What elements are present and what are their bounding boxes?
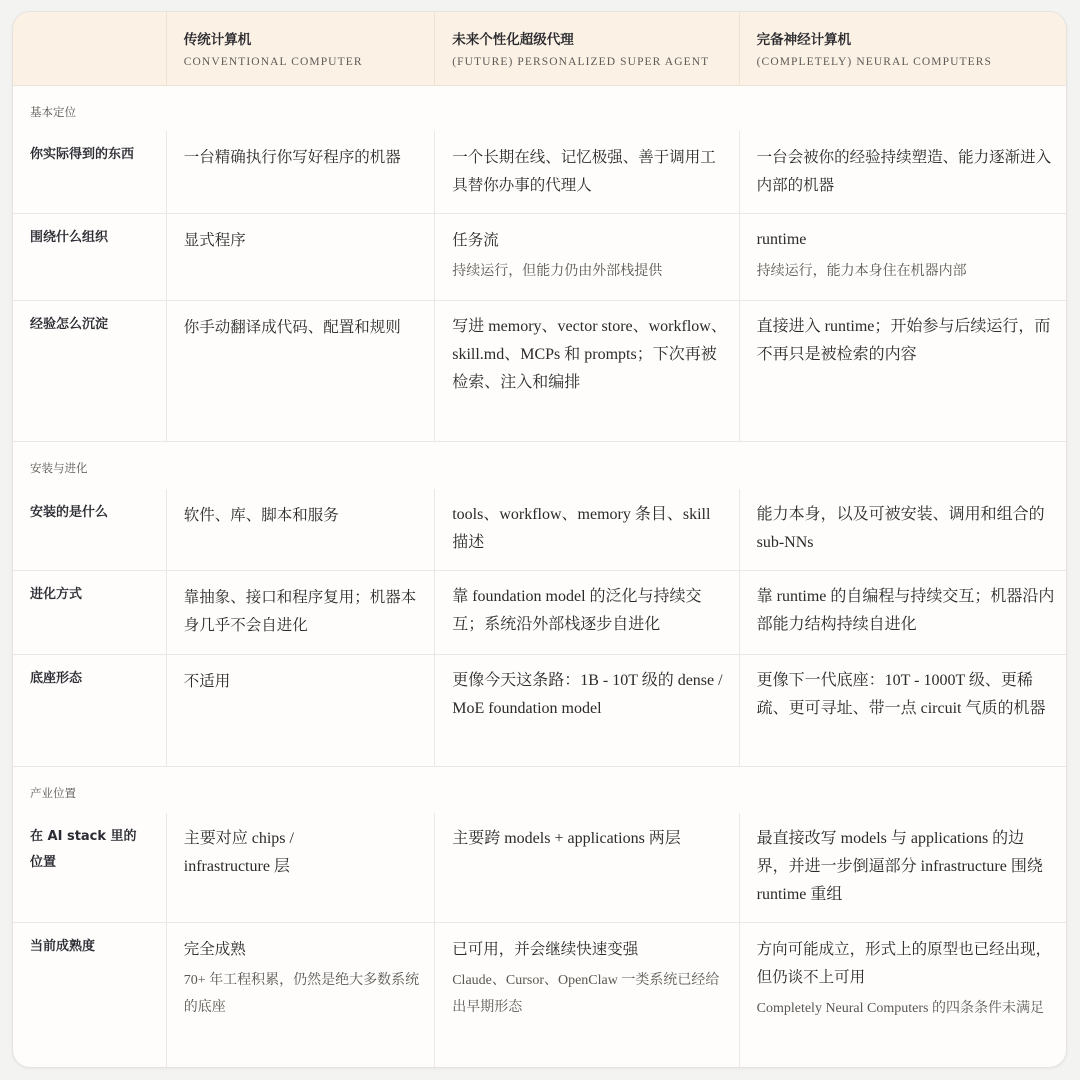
row-label: 在 AI stack 里的位置: [13, 813, 166, 922]
cell-agent: 已可用，并会继续快速变强 Claude、Cursor、OpenClaw 一类系统…: [434, 923, 738, 1068]
cell-agent: 更像今天这条路：1B - 10T 级的 dense / MoE foundati…: [434, 655, 738, 766]
cell-main-text: 一个长期在线、记忆极强、善于调用工具替你办事的代理人: [452, 131, 728, 199]
row-label: 底座形态: [13, 655, 166, 766]
header-title-en: CONVENTIONAL COMPUTER: [184, 56, 363, 68]
cell-main-text: 一台会被你的经验持续塑造、能力逐渐进入内部的机器: [757, 131, 1056, 199]
cell-main-text: 更像今天这条路：1B - 10T 级的 dense / MoE foundati…: [452, 655, 728, 723]
table-row: 当前成熟度 完全成熟 70+ 年工程积累，仍然是绝大多数系统的底座 已可用，并会…: [13, 923, 1066, 1068]
header-title-en: (FUTURE) PERSONALIZED SUPER AGENT: [452, 56, 709, 68]
cell-note-text: 持续运行，但能力仍由外部栈提供: [452, 258, 728, 285]
header-neural-computers: 完备神经计算机 (COMPLETELY) NEURAL COMPUTERS: [739, 12, 1066, 85]
cell-main-text: 显式程序: [184, 214, 424, 254]
header-title-zh: 传统计算机: [184, 28, 252, 48]
header-title-zh: 未来个性化超级代理: [452, 28, 574, 48]
cell-main-text: 不适用: [184, 655, 424, 695]
cell-main-text: 能力本身，以及可被安装、调用和组合的 sub-NNs: [757, 489, 1056, 557]
cell-main-text: 最直接改写 models 与 applications 的边界，并进一步倒逼部分…: [757, 813, 1056, 909]
cell-agent: 写进 memory、vector store、workflow、skill.md…: [434, 301, 738, 441]
cell-main-text: 你手动翻译成代码、配置和规则: [184, 301, 424, 341]
row-label: 你实际得到的东西: [13, 131, 166, 213]
cell-neural: 最直接改写 models 与 applications 的边界，并进一步倒逼部分…: [739, 813, 1066, 922]
cell-main-text: runtime: [757, 214, 1056, 254]
header-title-en: (COMPLETELY) NEURAL COMPUTERS: [757, 56, 992, 68]
comparison-table: 传统计算机 CONVENTIONAL COMPUTER 未来个性化超级代理 (F…: [12, 11, 1067, 1068]
cell-conventional: 不适用: [166, 655, 434, 766]
section-label-text: 产业位置: [30, 785, 76, 801]
cell-main-text: 方向可能成立，形式上的原型也已经出现，但仍谈不上可用: [757, 923, 1056, 991]
header-conventional-computer: 传统计算机 CONVENTIONAL COMPUTER: [166, 12, 434, 85]
cell-note-text: Completely Neural Computers 的四条条件未满足: [757, 995, 1056, 1022]
section-label-install-evolution: 安装与进化: [13, 442, 1066, 489]
table-row: 围绕什么组织 显式程序 任务流 持续运行，但能力仍由外部栈提供 runtime …: [13, 214, 1066, 301]
cell-neural: runtime 持续运行，能力本身住在机器内部: [739, 214, 1066, 300]
header-super-agent: 未来个性化超级代理 (FUTURE) PERSONALIZED SUPER AG…: [434, 12, 738, 85]
cell-conventional: 一台精确执行你写好程序的机器: [166, 131, 434, 213]
table-row: 底座形态 不适用 更像今天这条路：1B - 10T 级的 dense / MoE…: [13, 655, 1066, 767]
section-label-text: 基本定位: [30, 104, 76, 120]
cell-neural: 更像下一代底座：10T - 1000T 级、更稀疏、更可寻址、带一点 circu…: [739, 655, 1066, 766]
cell-main-text: 靠 foundation model 的泛化与持续交互；系统沿外部栈逐步自进化: [452, 571, 728, 639]
cell-agent: 靠 foundation model 的泛化与持续交互；系统沿外部栈逐步自进化: [434, 571, 738, 654]
cell-main-text: 更像下一代底座：10T - 1000T 级、更稀疏、更可寻址、带一点 circu…: [757, 655, 1056, 723]
cell-main-text: 完全成熟: [184, 923, 424, 963]
cell-agent: 一个长期在线、记忆极强、善于调用工具替你办事的代理人: [434, 131, 738, 213]
cell-neural: 方向可能成立，形式上的原型也已经出现，但仍谈不上可用 Completely Ne…: [739, 923, 1066, 1068]
row-label: 经验怎么沉淀: [13, 301, 166, 441]
cell-main-text: 写进 memory、vector store、workflow、skill.md…: [452, 301, 728, 397]
cell-note-text: 70+ 年工程积累，仍然是绝大多数系统的底座: [184, 967, 424, 1021]
cell-neural: 直接进入 runtime；开始参与后续运行，而不再只是被检索的内容: [739, 301, 1066, 441]
cell-conventional: 主要对应 chips / infrastructure 层: [166, 813, 434, 922]
cell-main-text: 任务流: [452, 214, 728, 254]
cell-conventional: 软件、库、脚本和服务: [166, 489, 434, 570]
header-corner-cell: [13, 12, 166, 85]
cell-main-text: 已可用，并会继续快速变强: [452, 923, 728, 963]
cell-neural: 能力本身，以及可被安装、调用和组合的 sub-NNs: [739, 489, 1066, 570]
cell-neural: 一台会被你的经验持续塑造、能力逐渐进入内部的机器: [739, 131, 1066, 213]
table-row: 进化方式 靠抽象、接口和程序复用；机器本身几乎不会自进化 靠 foundatio…: [13, 571, 1066, 655]
section-label-basic-positioning: 基本定位: [13, 86, 1066, 131]
cell-main-text: 一台精确执行你写好程序的机器: [184, 131, 424, 171]
cell-conventional: 显式程序: [166, 214, 434, 300]
row-label: 当前成熟度: [13, 923, 166, 1068]
cell-main-text: tools、workflow、memory 条目、skill 描述: [452, 489, 728, 557]
cell-conventional: 完全成熟 70+ 年工程积累，仍然是绝大多数系统的底座: [166, 923, 434, 1068]
cell-conventional: 你手动翻译成代码、配置和规则: [166, 301, 434, 441]
cell-neural: 靠 runtime 的自编程与持续交互；机器沿内部能力结构持续自进化: [739, 571, 1066, 654]
cell-main-text: 主要对应 chips / infrastructure 层: [184, 813, 424, 881]
cell-agent: 任务流 持续运行，但能力仍由外部栈提供: [434, 214, 738, 300]
cell-main-text: 主要跨 models + applications 两层: [452, 813, 728, 853]
row-label: 围绕什么组织: [13, 214, 166, 300]
cell-conventional: 靠抽象、接口和程序复用；机器本身几乎不会自进化: [166, 571, 434, 654]
cell-note-text: Claude、Cursor、OpenClaw 一类系统已经给出早期形态: [452, 967, 728, 1021]
cell-agent: tools、workflow、memory 条目、skill 描述: [434, 489, 738, 570]
cell-main-text: 靠抽象、接口和程序复用；机器本身几乎不会自进化: [184, 571, 424, 639]
section-label-text: 安装与进化: [30, 460, 88, 476]
cell-main-text: 直接进入 runtime；开始参与后续运行，而不再只是被检索的内容: [757, 301, 1056, 369]
table-row: 经验怎么沉淀 你手动翻译成代码、配置和规则 写进 memory、vector s…: [13, 301, 1066, 442]
row-label: 安装的是什么: [13, 489, 166, 570]
table-row: 在 AI stack 里的位置 主要对应 chips / infrastruct…: [13, 813, 1066, 923]
table-header: 传统计算机 CONVENTIONAL COMPUTER 未来个性化超级代理 (F…: [13, 12, 1066, 86]
table-row: 安装的是什么 软件、库、脚本和服务 tools、workflow、memory …: [13, 489, 1066, 571]
section-label-industry-position: 产业位置: [13, 767, 1066, 813]
cell-agent: 主要跨 models + applications 两层: [434, 813, 738, 922]
cell-note-text: 持续运行，能力本身住在机器内部: [757, 258, 1056, 285]
cell-main-text: 软件、库、脚本和服务: [184, 489, 424, 529]
cell-main-text: 靠 runtime 的自编程与持续交互；机器沿内部能力结构持续自进化: [757, 571, 1056, 639]
row-label: 进化方式: [13, 571, 166, 654]
header-title-zh: 完备神经计算机: [757, 28, 852, 48]
table-row: 你实际得到的东西 一台精确执行你写好程序的机器 一个长期在线、记忆极强、善于调用…: [13, 131, 1066, 214]
